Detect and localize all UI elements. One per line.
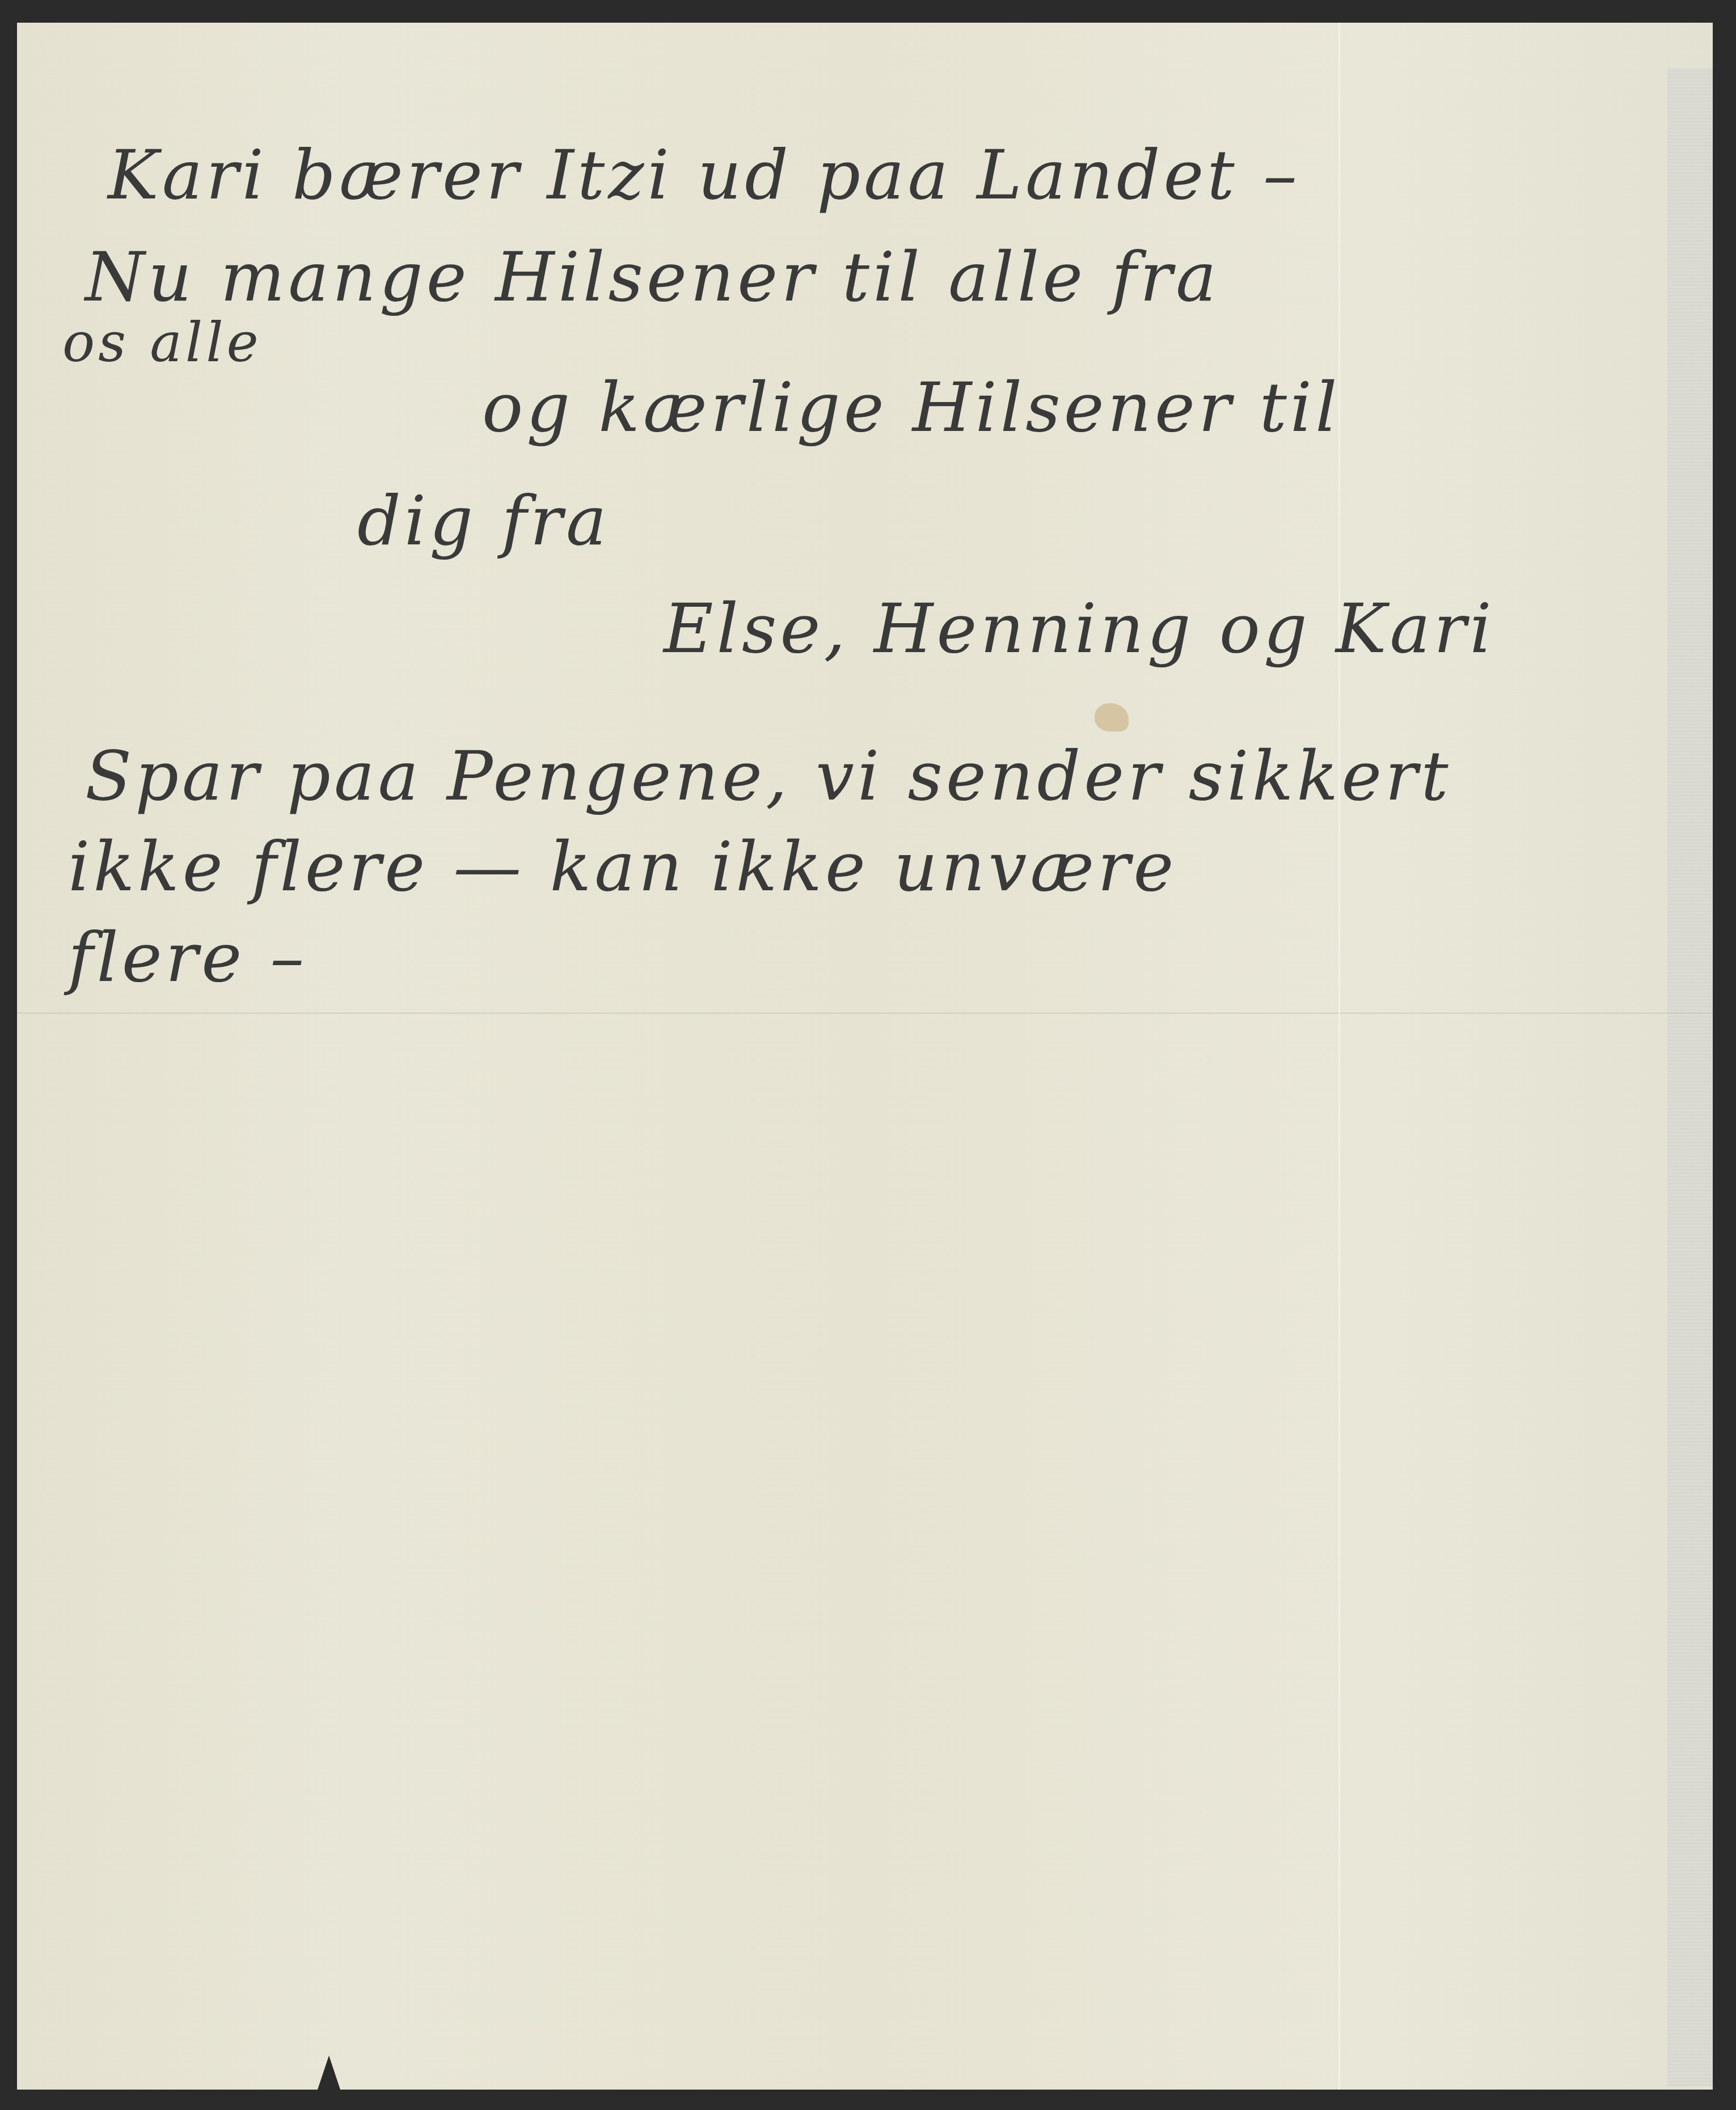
signature-line: Else, Henning og Kari [664, 590, 1495, 669]
letter-page: Kari bærer Itzi ud paa Landet – Nu mange… [17, 23, 1713, 2090]
letter-line-4: og kærlige Hilsener til [482, 369, 1341, 447]
ink-stain [1095, 703, 1129, 731]
postscript-line-3: flere – [68, 919, 307, 997]
letter-line-3: os alle [62, 312, 262, 374]
torn-paper-edge [1667, 68, 1713, 2087]
torn-notch [318, 2056, 340, 2090]
horizontal-fold-crease [17, 1012, 1713, 1014]
postscript-line-1: Spar paa Pengene, vi sender sikkert [85, 737, 1452, 816]
letter-line-5: dig fra [357, 482, 610, 561]
vertical-fold-crease [1338, 23, 1340, 2090]
postscript-line-2: ikke flere — kan ikke unvære [68, 828, 1177, 907]
letter-line-2: Nu mange Hilsener til alle fra [85, 238, 1220, 317]
letter-line-1: Kari bærer Itzi ud paa Landet – [108, 136, 1300, 215]
